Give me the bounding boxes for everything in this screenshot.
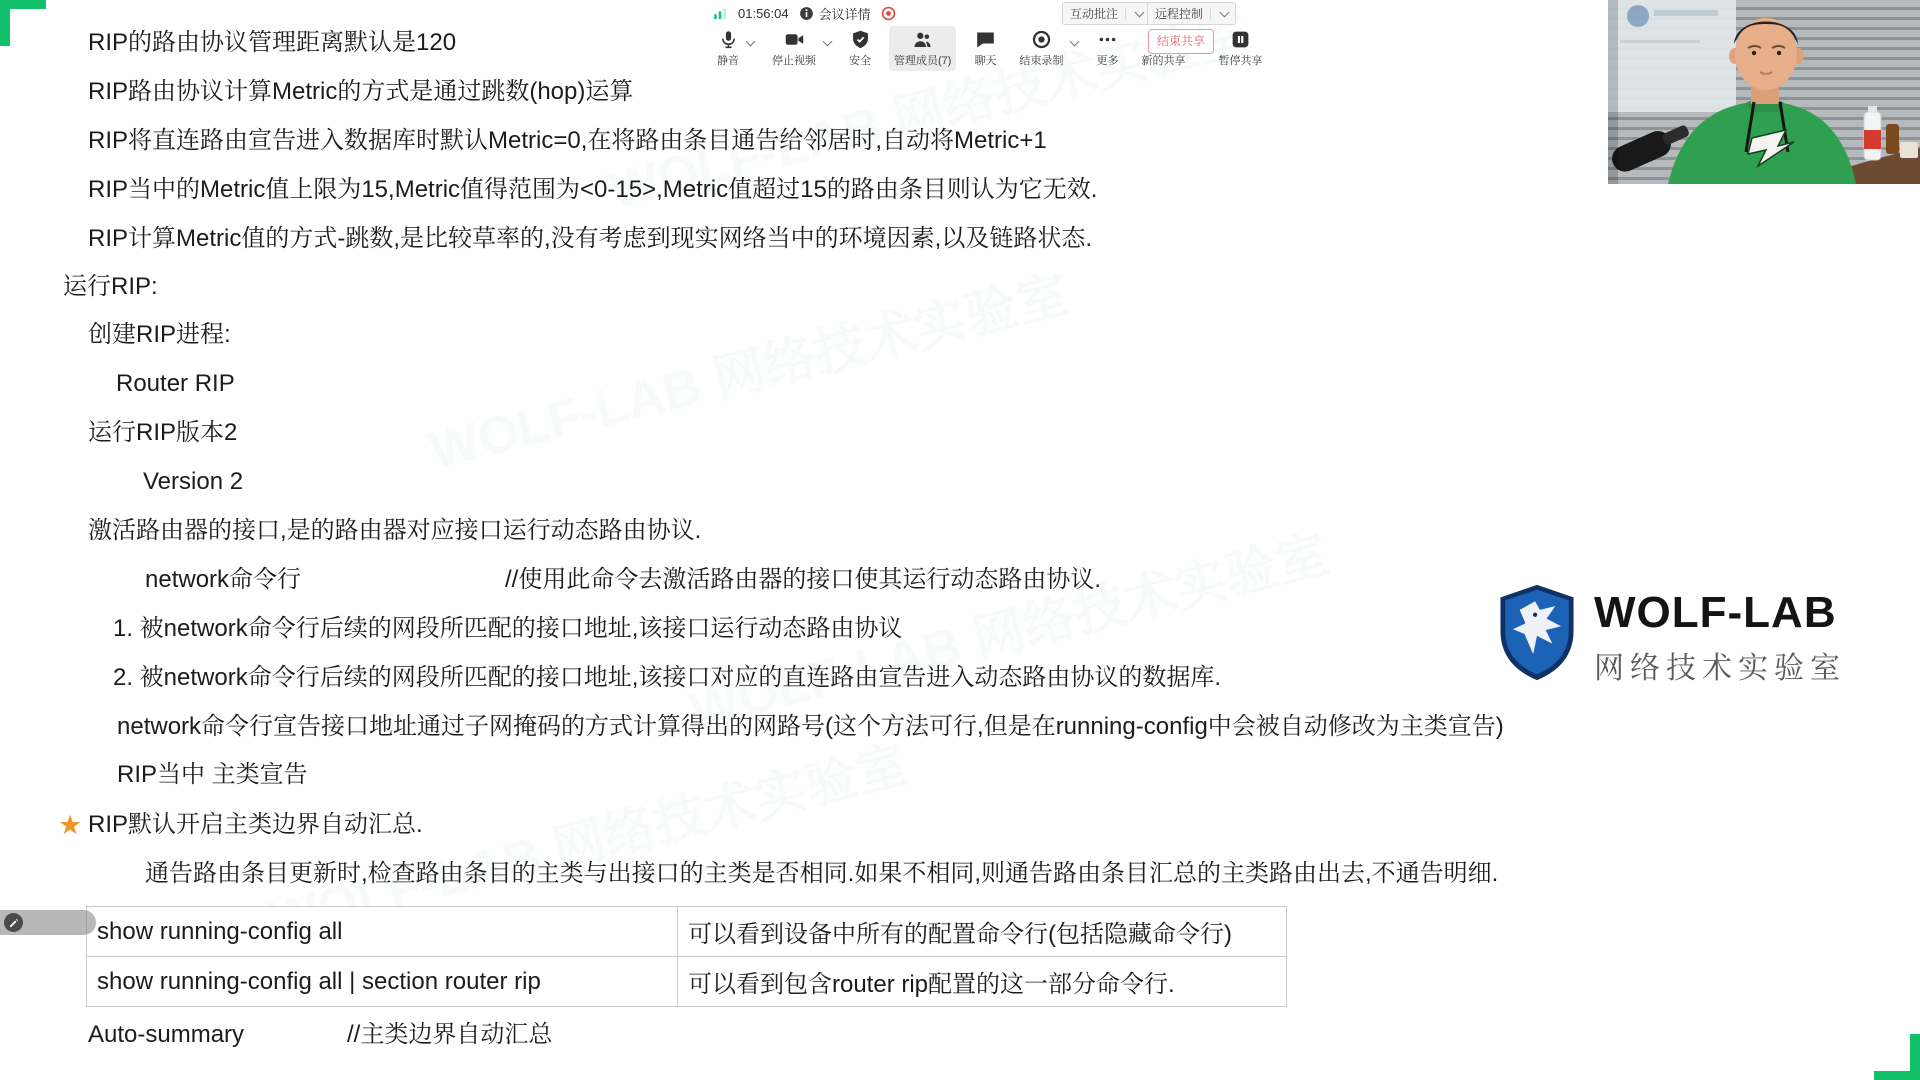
pill-divider	[1210, 8, 1211, 20]
note-line: Router RIP	[116, 367, 235, 401]
note-line: RIP将直连路由宣告进入数据库时默认Metric=0,在将路由条目通告给邻居时,…	[88, 124, 1047, 158]
toolbar-button-label: 聊天	[974, 52, 996, 68]
signal-icon	[712, 5, 729, 22]
note-line: Auto-summary	[88, 1018, 244, 1052]
webcam-scene	[1608, 0, 1920, 184]
note-line: //主类边界自动汇总	[347, 1018, 552, 1052]
note-line: network命令行宣告接口地址通过子网掩码的方式计算得出的网路号(这个方法可行…	[117, 710, 1504, 744]
note-line: RIP默认开启主类边界自动汇总.	[88, 808, 423, 842]
meeting-status-bar: 01:56:04 会议详情	[712, 4, 897, 23]
recording-indicator-icon	[880, 5, 897, 22]
note-line: 激活路由器的接口,是的路由器对应接口运行动态路由协议.	[88, 514, 701, 548]
shield-icon	[850, 29, 871, 50]
table-row: show running-config all | section router…	[87, 957, 1287, 1007]
chevron-down-icon[interactable]	[1070, 37, 1080, 47]
star-icon: ★	[58, 808, 82, 842]
toolbar-button-label: 结束录制	[1019, 52, 1063, 68]
note-line: //使用此命令去激活路由器的接口使其运行动态路由协议.	[505, 563, 1101, 597]
note-line: 2. 被network命令行后续的网段所匹配的接口地址,该接口对应的直连路由宣告…	[113, 661, 1221, 695]
annotate-label: 互动批注	[1070, 5, 1118, 22]
record-icon	[1031, 29, 1052, 50]
note-line: RIP计算Metric值的方式-跳数,是比较草率的,没有考虑到现实网络当中的环境…	[88, 222, 1092, 256]
chevron-down-icon	[1220, 7, 1230, 17]
toolbar-button-label: 新的共享	[1141, 52, 1185, 68]
note-line: 运行RIP:	[63, 270, 158, 304]
meeting-details-button[interactable]: 会议详情	[798, 4, 871, 23]
annotate-button[interactable]: 互动批注	[1062, 2, 1151, 25]
annotation-toolbar-collapsed[interactable]	[0, 910, 96, 935]
note-line: 通告路由条目更新时,检查路由条目的主类与出接口的主类是否相同.如果不相同,则通告…	[145, 857, 1498, 891]
pill-divider	[1125, 8, 1126, 20]
toolbar-button-label: 停止视频	[772, 52, 816, 68]
note-line: Version 2	[143, 465, 243, 499]
members-button[interactable]: 管理成员(7)	[889, 26, 956, 71]
more-icon	[1097, 29, 1118, 50]
microphone-icon	[718, 29, 739, 50]
note-line: RIP当中的Metric值上限为15,Metric值得范围为<0-15>,Met…	[88, 173, 1097, 207]
table-row: show running-config all可以看到设备中所有的配置命令行(包…	[87, 907, 1287, 957]
remote-control-button[interactable]: 远程控制	[1147, 2, 1236, 25]
chevron-down-icon[interactable]	[823, 37, 833, 47]
meeting-timer: 01:56:04	[738, 6, 789, 21]
shared-screen: WOLF-LAB 网络技术实验室WOLF-LAB 网络技术实验室WOLF-LAB…	[0, 0, 1920, 1080]
command-cell: show running-config all | section router…	[87, 957, 678, 1007]
pause-share-button[interactable]: 暂停共享	[1213, 26, 1267, 71]
description-cell: 可以看到包含router rip配置的这一部分命令行.	[678, 957, 1287, 1007]
share-border-corner-topleft-h	[0, 0, 46, 9]
note-line: RIP的路由协议管理距离默认是120	[88, 26, 456, 60]
note-line: 1. 被network命令行后续的网段所匹配的接口地址,该接口运行动态路由协议	[113, 612, 902, 646]
toolbar-button-label: 暂停共享	[1218, 52, 1262, 68]
share-border-corner-bottomright-h	[1874, 1071, 1920, 1080]
info-icon	[798, 5, 815, 22]
shield-button[interactable]: 安全	[844, 26, 876, 71]
command-table: show running-config all可以看到设备中所有的配置命令行(包…	[86, 906, 1287, 1007]
toolbar-button-label: 安全	[849, 52, 871, 68]
toolbar-button-label: 静音	[717, 52, 739, 68]
more-button[interactable]: 更多	[1091, 26, 1123, 71]
note-line: 创建RIP进程:	[88, 318, 231, 352]
webcam-video	[1608, 0, 1920, 184]
chevron-down-icon[interactable]	[746, 37, 756, 47]
chat-icon	[975, 29, 996, 50]
description-cell: 可以看到设备中所有的配置命令行(包括隐藏命令行)	[678, 907, 1287, 957]
members-icon	[912, 29, 933, 50]
toolbar-button-label: 管理成员(7)	[894, 52, 951, 68]
note-line: network命令行	[145, 563, 301, 597]
meeting-details-label: 会议详情	[819, 4, 871, 23]
note-line: 运行RIP版本2	[88, 416, 237, 450]
toolbar-button-label: 更多	[1096, 52, 1118, 68]
command-cell: show running-config all	[87, 907, 678, 957]
video-camera-icon	[784, 29, 805, 50]
note-line: RIP当中 主类宣告	[117, 758, 308, 792]
end-share-button[interactable]: 结束共享	[1148, 29, 1214, 54]
pause-share-icon	[1230, 29, 1251, 50]
chat-button[interactable]: 聊天	[969, 26, 1001, 71]
pen-icon	[4, 913, 23, 932]
record-button[interactable]: 结束录制	[1014, 26, 1068, 71]
remote-control-label: 远程控制	[1155, 5, 1203, 22]
note-line: RIP路由协议计算Metric的方式是通过跳数(hop)运算	[88, 75, 633, 109]
microphone-button[interactable]: 静音	[712, 26, 744, 71]
chevron-down-icon	[1135, 7, 1145, 17]
video-camera-button[interactable]: 停止视频	[767, 26, 821, 71]
